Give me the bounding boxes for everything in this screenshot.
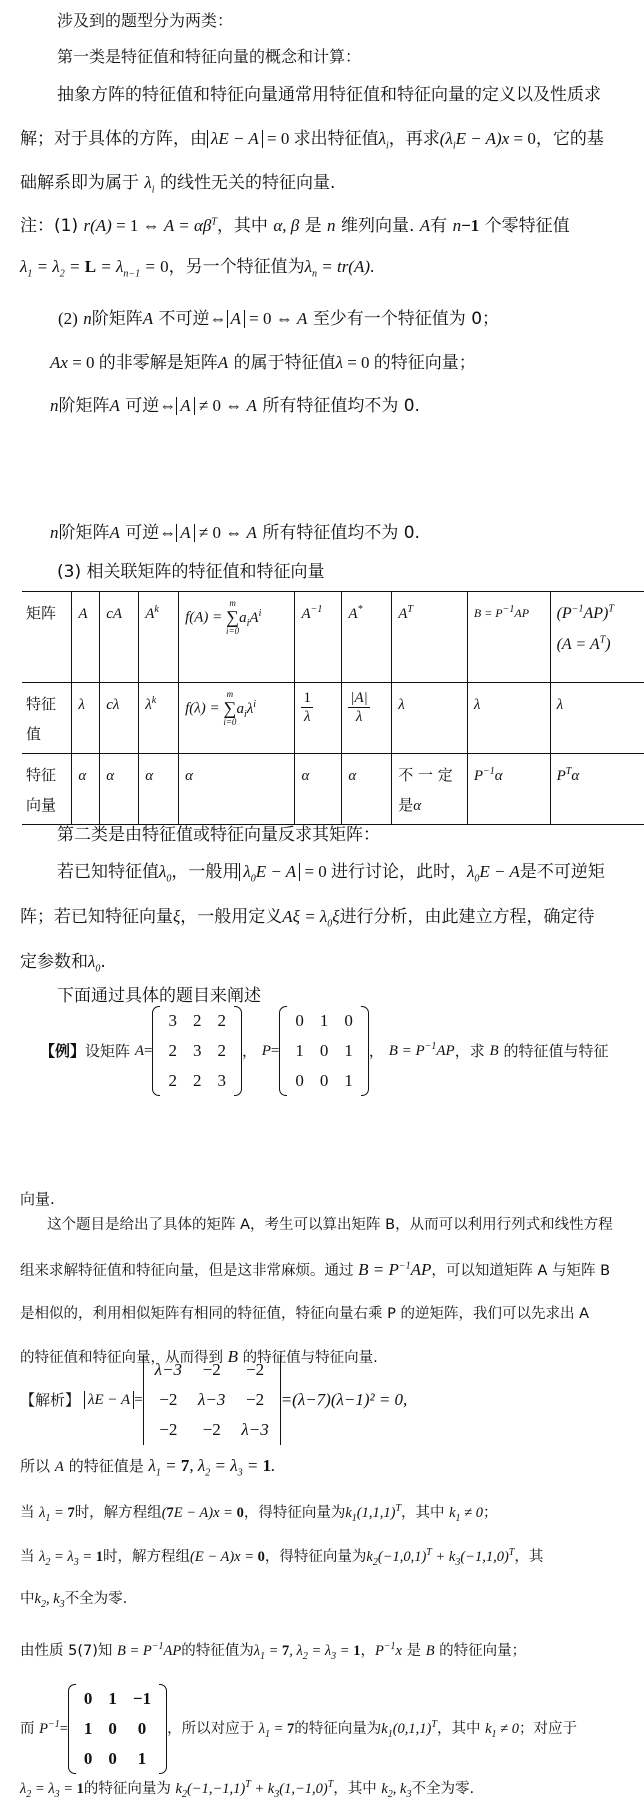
text: 个零特征值 [485,216,570,236]
text: 中 [20,1591,35,1607]
text: ，再求 [389,129,440,149]
text: ，得特征向量为 [244,1505,346,1521]
row-header-matrix: 矩阵 [22,592,72,683]
cell: α [100,754,139,825]
cell: α [342,754,392,825]
cell: A* [342,592,392,683]
text: ，其中 [217,216,268,236]
text: 注：(1) [20,216,78,236]
solution-eigenvalues: 所以 A 的特征值是 λ1 = 7, λ2 = λ3 = 1. [20,1455,275,1478]
text: 所有特征值均不为 0. [262,396,420,416]
second-line-5: 下面通过具体的题目来阐述 [57,985,261,1007]
note-5: n阶矩阵A 可逆⇔A ≠ 0 ⇔ A 所有特征值均不为 0. [50,522,420,544]
text: (2) [58,309,78,328]
cell: 1λ [295,683,342,754]
discussion-line-3: 是相似的，利用相似矩阵有相同的特征值，特征向量右乘 P 的逆矩阵，我们可以先求出… [20,1303,589,1325]
text: 所以 [20,1457,50,1475]
cell: f(A) = m∑i=0aiAi [179,592,295,683]
text: 由性质 5(7)知 [20,1643,112,1659]
cell: cA [100,592,139,683]
text: 的特征值为 [181,1643,254,1659]
cell: α [139,754,179,825]
intro-line-3: 抽象方阵的特征值和特征向量通常用特征值和特征向量的定义以及性质求 [57,84,601,106]
text: 是不可逆矩 [520,862,605,882]
cell: A−1 [295,592,342,683]
matrix-A: 322232223 [152,1006,242,1096]
text: 础解系即为属于 [20,173,139,193]
text: 的特征向量； [439,1643,526,1659]
determinant-result: =(λ−7)(λ−1)² = 0, [281,1389,408,1411]
text: 当 [20,1505,35,1521]
cell: α [295,754,342,825]
text: 有 [430,216,447,236]
text: 阶矩阵 [59,523,110,543]
text: 维列向量. [341,216,414,236]
note-1: 注：(1) r(A) = 1 ⇔ A = αβT，其中 α, β 是 n 维列向… [20,215,570,237]
cell: λ [72,683,100,754]
intro-line-4: 解；对于具体的方阵，由λE − A = 0 求出特征值λi，再求(λiE − A… [20,128,604,150]
text: ，求 [455,1040,485,1062]
note-2: (2) n阶矩阵A 不可逆⇔A = 0 ⇔ A 至少有一个特征值为 0； [58,308,499,330]
eigen-table: 矩阵 A cA Ak f(A) = m∑i=0aiAi A−1 A* AT B … [22,591,644,825]
note-4: n阶矩阵A 可逆⇔A ≠ 0 ⇔ A 所有特征值均不为 0. [50,395,420,417]
solution-property: 由性质 5(7)知 B = P−1AP的特征值为λ1 = 7, λ2 = λ3 … [20,1640,526,1662]
cell: (P−1AP)T(A = AT) [550,592,644,683]
text: 求出特征值 [294,129,379,149]
cell: Ak [139,592,179,683]
text: 若已知特征值 [57,862,159,882]
discussion-line-1: 这个题目是给出了具体的矩阵 A，考生可以算出矩阵 B，从而可以利用行列式和线性方… [47,1214,613,1236]
solution-last: λ2 = λ3 = 1的特征向量为 k2(−1,−1,1)T + k3(1,−1… [20,1778,474,1800]
text: ，另一个特征值为 [169,257,305,277]
text: ，其 [514,1549,543,1565]
cell: λ [392,683,468,754]
text: 是 [305,216,322,236]
text: 的特征向量； [374,353,476,373]
text: 定参数和 [20,952,88,972]
example-cont: 向量. [20,1188,55,1210]
cell: AT [392,592,468,683]
solution-label: 【解析】 [20,1389,80,1411]
text: 的特征向量为 [294,1718,381,1740]
cell: λ [467,683,550,754]
text: 进行分析，由此建立方程，确定待 [340,907,595,927]
example-statement: 【例】 设矩阵 A= 322232223 ， P= 010101001 ， B … [40,1018,608,1084]
cell: 不 一 定是α [392,754,468,825]
text: ，其中 [333,1781,377,1797]
text: ，它的基 [536,129,604,149]
cell: PTα [550,754,644,825]
text: 组来求解特征值和特征向量，但是这非常麻烦。通过 [20,1263,354,1279]
text: 阵；若已知特征向量 [20,907,173,927]
text: 的特征值与特征 [503,1040,608,1062]
cell: A [72,592,100,683]
solution-determinant: 【解析】 λE − A= λ−3−2−2 −2λ−3−2 −2−2λ−3 =(λ… [20,1362,407,1438]
table-row-eigenvalue: 特征值 λ cλ λk f(λ) = m∑i=0aiλi 1λ |A|λ λ λ… [22,683,644,754]
solution-case-2: 当 λ2 = λ3 = 1时，解方程组(E − A)x = 0，得特征向量为k2… [20,1546,543,1568]
formula-det: λE − A [207,130,263,148]
text: 设矩阵 [85,1040,130,1062]
text: 不可逆 [159,309,210,329]
note-1-cont: λ1 = λ2 = L = λn−1 = 0，另一个特征值为λn = tr(A)… [20,256,374,278]
second-line-1: 第二类是由特征值或特征向量反求其矩阵： [57,824,380,846]
text: 的特征值是 [69,1457,144,1475]
cell: f(λ) = m∑i=0aiλi [179,683,295,754]
text: 而 [20,1718,35,1740]
text: ，其中 [437,1718,481,1740]
text: ， [242,1040,257,1062]
text: 阶矩阵 [59,396,110,416]
text: 的非零解是矩阵 [99,353,218,373]
text: 不全为零. [411,1781,474,1797]
second-line-4: 定参数和λ0. [20,951,106,973]
solution-case-2-cont: 中k2, k3不全为零. [20,1588,127,1610]
row-header-eigenvalue: 特征值 [22,683,72,754]
text: 的线性无关的特征向量. [160,173,335,193]
text: ，可以知道矩阵 A 与矩阵 B [431,1263,610,1279]
text: 可逆 [125,523,159,543]
matrix-P: 010101001 [279,1006,369,1096]
text: 的特征向量为 [84,1781,171,1797]
table-row-eigenvector: 特征向量 α α α α α α 不 一 定是α P−1α PTα [22,754,644,825]
cell: P−1α [467,754,550,825]
intro-line-1: 涉及到的题型分为两类： [57,10,233,32]
cell: λk [139,683,179,754]
text: . [100,952,105,972]
text: 不全为零. [65,1591,128,1607]
text: 至少有一个特征值为 0； [313,309,499,329]
text: 当 [20,1549,35,1565]
cell: λ [550,683,644,754]
text: 进行讨论，此时， [331,862,467,882]
cell: α [72,754,100,825]
text: ， [369,1040,384,1062]
table-row-matrix: 矩阵 A cA Ak f(A) = m∑i=0aiAi A−1 A* AT B … [22,592,644,683]
text: 解；对于具体的方阵，由 [20,129,207,149]
solution-case-1: 当 λ1 = 7时，解方程组(7E − A)x = 0，得特征向量为k1(1,1… [20,1502,498,1524]
text: ， [360,1643,375,1659]
text: 可逆 [125,396,159,416]
intro-line-2: 第一类是特征值和特征向量的概念和计算： [57,46,361,68]
cell: |A|λ [342,683,392,754]
text: 时，解方程组 [103,1549,190,1565]
cell: cλ [100,683,139,754]
text: ，一般用 [171,862,239,882]
text: ，其中 [401,1505,445,1521]
text: 所有特征值均不为 0. [262,523,420,543]
note-6-heading: (3) 相关联矩阵的特征值和特征向量 [57,561,324,583]
solution-pinv: 而 P−1= 01−1100001 ，所以对应于 λ1 = 7的特征向量为k1(… [20,1690,577,1768]
text: 的属于特征值 [234,353,336,373]
row-header-eigenvector: 特征向量 [22,754,72,825]
intro-line-5: 础解系即为属于 λi 的线性无关的特征向量. [20,172,335,194]
text: 时，解方程组 [75,1505,162,1521]
second-line-3: 阵；若已知特征向量ξ，一般用定义Aξ = λ0ξ进行分析，由此建立方程，确定待 [20,906,595,928]
cell: B = P−1AP [467,592,550,683]
discussion-line-2: 组来求解特征值和特征向量，但是这非常麻烦。通过 B = P−1AP，可以知道矩阵… [20,1259,610,1282]
note-3: Ax = 0 的非零解是矩阵A 的属于特征值λ = 0 的特征向量； [50,352,476,374]
example-label: 【例】 [40,1040,85,1062]
text: ，所以对应于 [167,1718,254,1740]
cell: α [179,754,295,825]
text: ；对应于 [519,1718,577,1740]
text: 阶矩阵 [92,309,143,329]
text: ，一般用定义 [180,907,282,927]
matrix-P-inverse: 01−1100001 [68,1684,167,1774]
determinant-matrix: λ−3−2−2 −2λ−3−2 −2−2λ−3 [143,1355,281,1445]
second-line-2: 若已知特征值λ0，一般用λ0E − A = 0 进行讨论，此时，λ0E − A是… [57,861,605,883]
text: ，得特征向量为 [265,1549,367,1565]
text: 是 [407,1643,422,1659]
